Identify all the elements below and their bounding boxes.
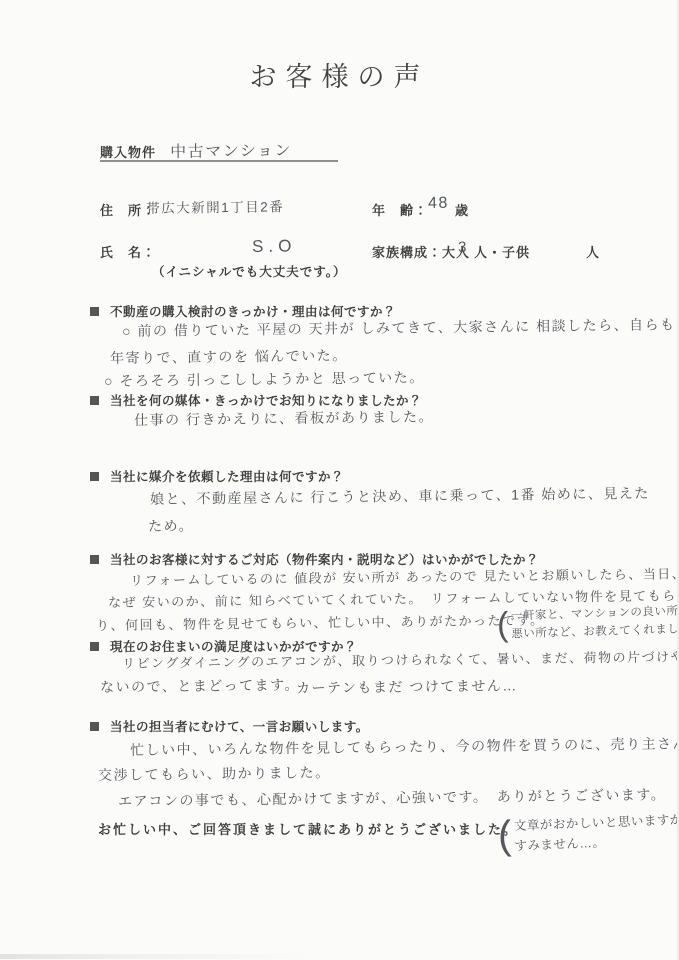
note-line: 悪い所など、お教えてくれました [511,620,679,641]
scanned-questionnaire-page: お客様の声 購入物件 中古マンション 住 所： 帯広大新開1丁目2番 年 齢： … [0,0,679,960]
square-bullet-icon [90,642,99,651]
answer-line: エアコンの事でも、心配かけてますが、心強いです。 ありがとうございます。 [118,784,666,811]
square-bullet-icon [90,555,99,564]
answer-line: 年寄りで、直すのを 悩んでいた。 [110,345,348,368]
family-mid-label: 人・子供 [474,242,530,261]
name-label: 氏 名： [100,242,156,261]
square-bullet-icon [90,472,99,481]
name-handwritten-value: S.O [252,236,297,257]
property-type-underline [100,140,338,162]
open-paren-glyph: ( [498,815,512,855]
age-handwritten-value: 48 [428,195,449,213]
answer-line: ないので、とまどってます。 [100,675,300,697]
open-paren-glyph: ( [497,608,509,642]
answer-margin-note: ( 一軒家と、マンションの良い所 悪い所など、お教えてくれました [497,604,679,641]
answer-line: り、何回も、物件を見せてもらい、忙しい中、ありがたかったです。 [96,610,545,634]
age-label: 年 齢： [372,200,428,219]
answer-line: ○ そろそろ 引っこししようかと 思っていた。 [104,367,425,391]
name-initial-note: （イニシャルでも大丈夫です。） [152,262,347,280]
square-bullet-icon [90,307,99,316]
answer-line: カーテンもまだ つけてません… [296,675,518,698]
closing-margin-note: ( 文章がおかしいと思いますが、 すみません…。 [498,810,679,855]
address-handwritten-value: 帯広大新開1丁目2番 [146,195,284,217]
family-suffix-label: 人 [586,242,600,261]
question-message-to-agent: 当社の担当者にむけて、一言お願いします。 [90,717,369,735]
scan-smudge-artifact [0,954,310,959]
family-adults-handwritten-value: 3 [458,239,468,256]
age-suffix: 歳 [455,200,469,219]
square-bullet-icon [90,396,99,405]
answer-line: 娘と、不動産屋さんに 行こうと決め、車に乗って、1番 始めに、見えた [150,483,650,509]
square-bullet-icon [90,722,99,731]
answer-line: ため。 [148,515,194,536]
answer-line: 忙しい中、いろんな物件を見してもらったり、今の物件を買うのに、売り主さんと [130,733,679,760]
answer-line: 交渉してもらい、助かりました。 [98,762,331,785]
family-label: 家族構成：大人 [372,242,470,261]
page-title: お客様の声 [0,55,679,94]
answer-line: 仕事の 行きかえりに、看板がありました。 [134,406,434,430]
closing-thanks-text: お忙しい中、ご回答頂きまして誠にありがとうございました。 [98,819,518,838]
question-why-our-company: 当社に媒介を依頼した理由は何ですか？ [90,467,344,485]
